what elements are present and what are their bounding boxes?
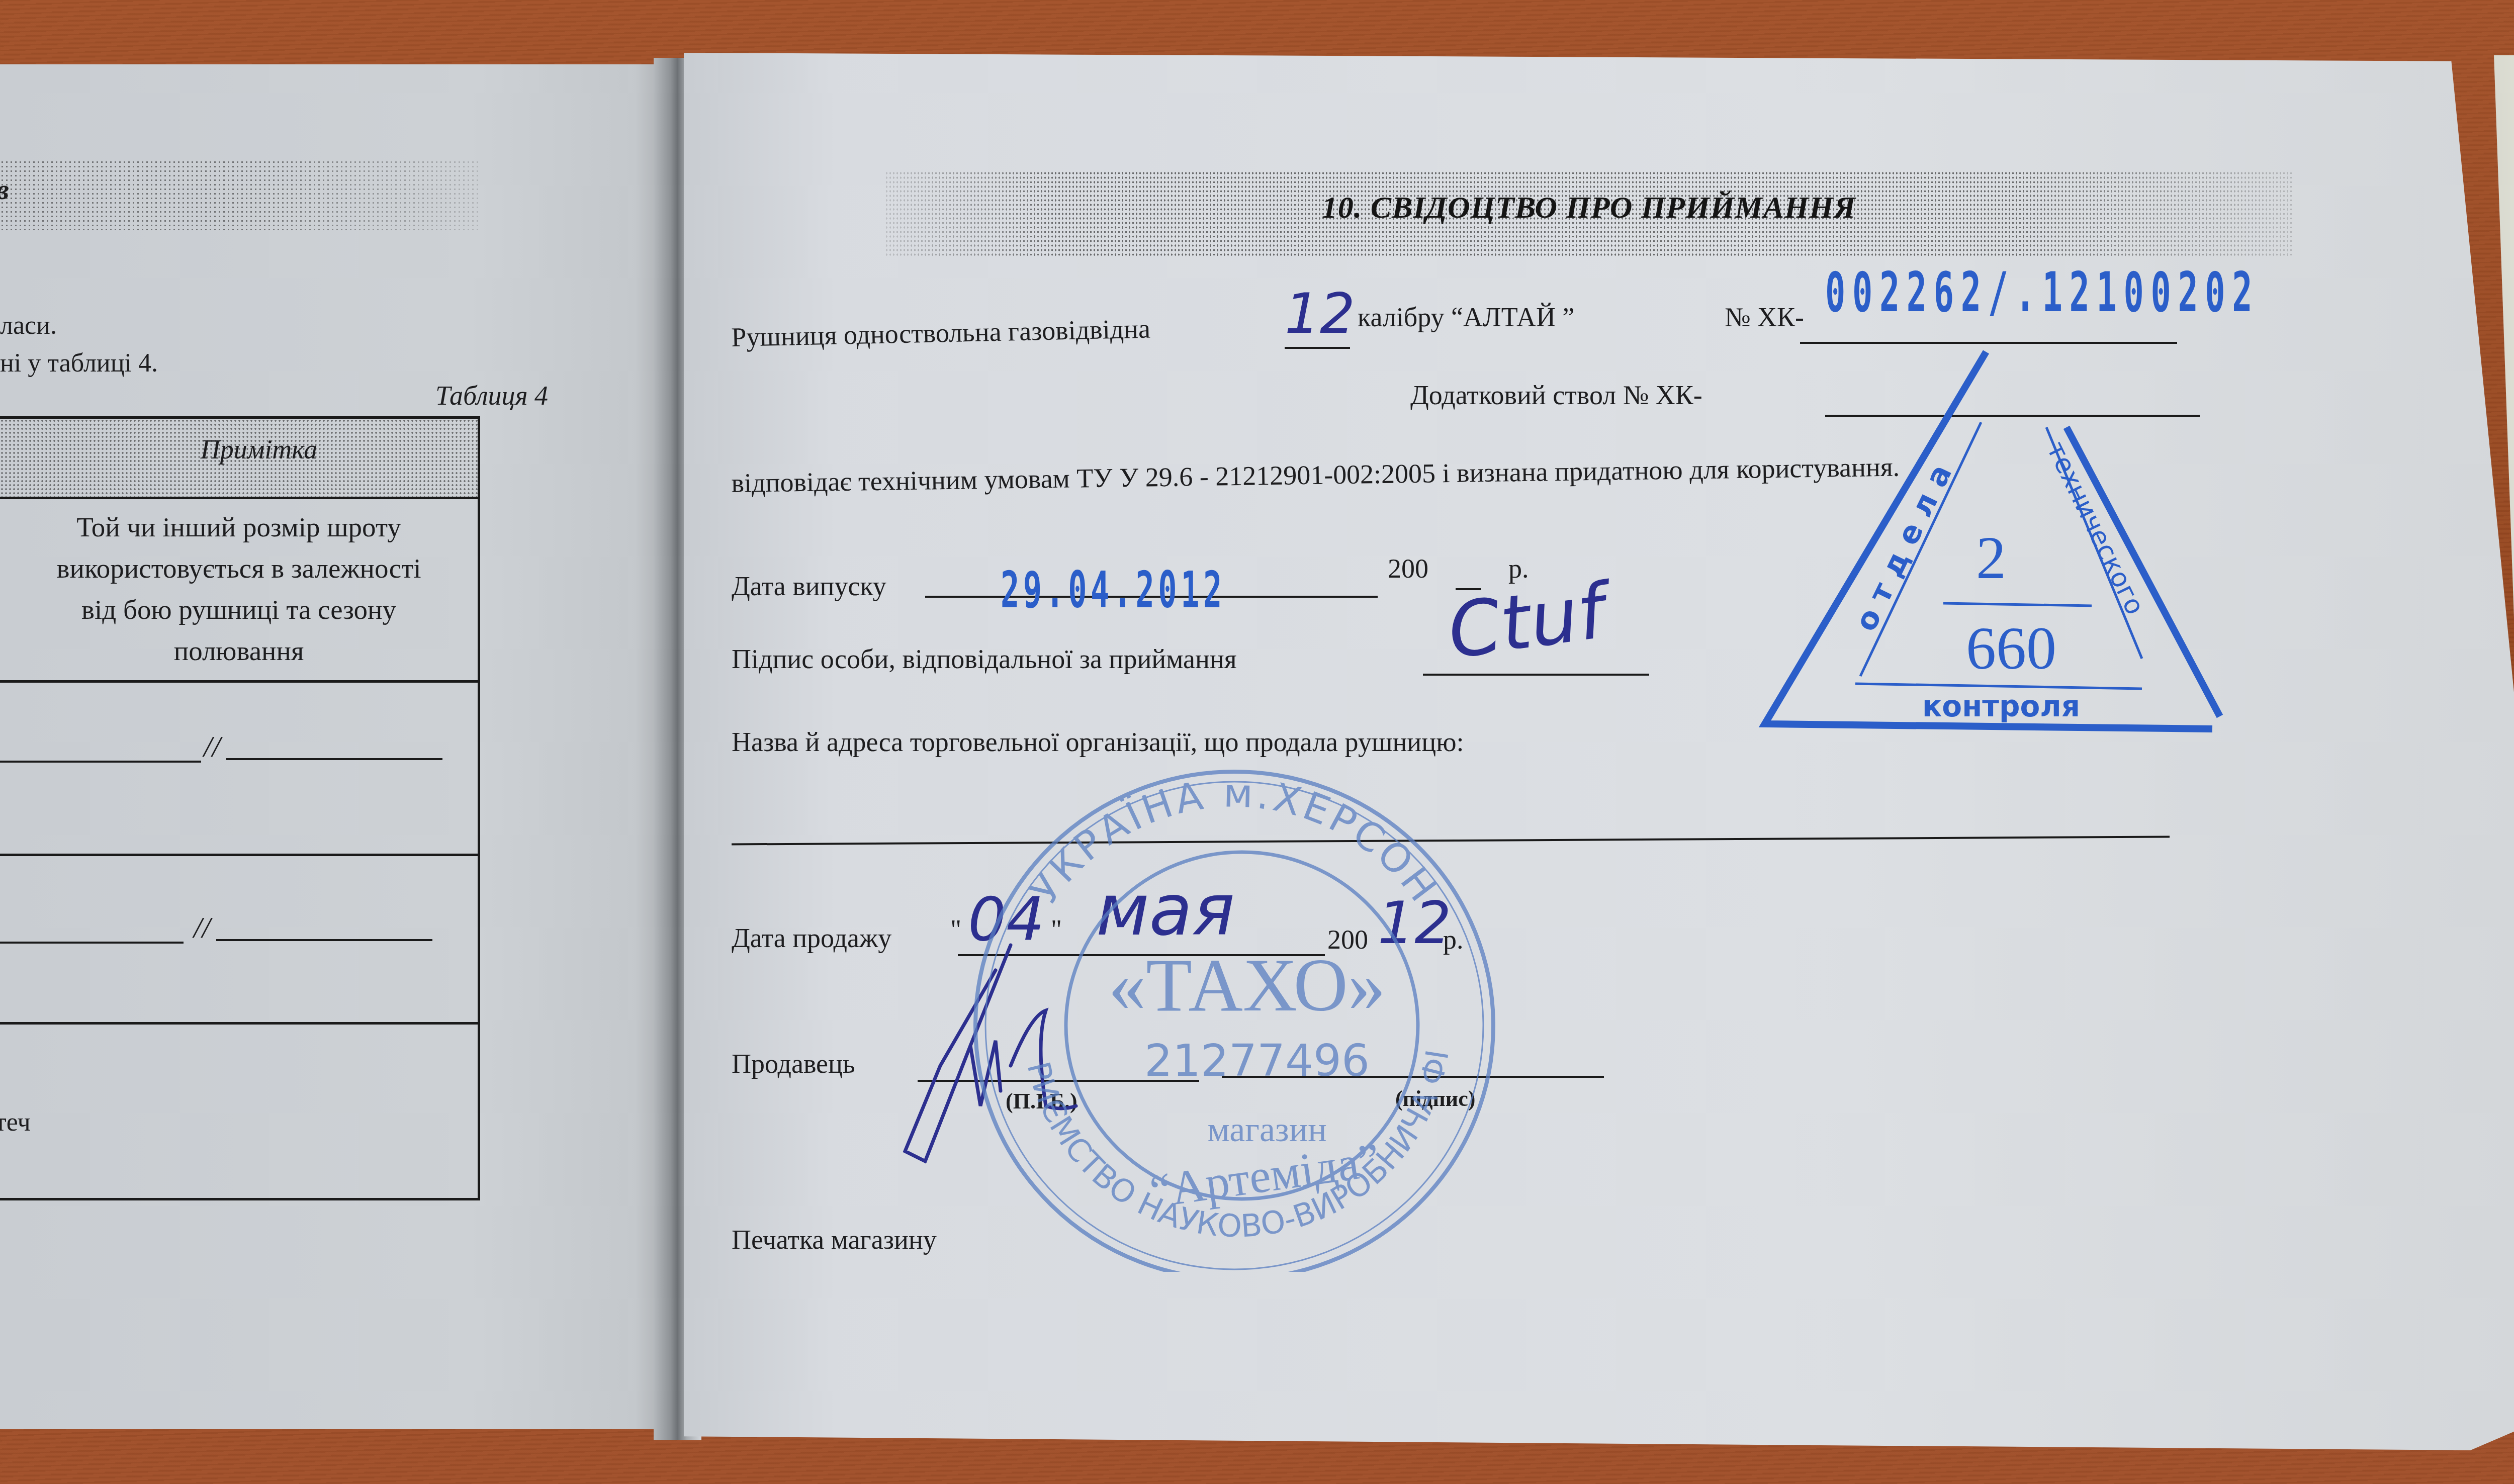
table-caption: Таблиця 4 [435, 380, 548, 411]
otk-stamp: 2 660 контроля отдела технического [1745, 342, 2227, 754]
table-separator: // [194, 910, 210, 945]
issue-year-prefix: 200 [1388, 553, 1428, 584]
section-title: 10. СВІДОЦТВО ПРО ПРИЙМАННЯ [885, 190, 2293, 226]
shop-round-stamp: УКРАЇНА м.ХЕРСОН ПІДПРИЄМСТВО НАУКОВО-ВИ… [945, 744, 1523, 1272]
table-tail-text: теч [0, 1107, 31, 1137]
table-blank-line [0, 942, 184, 944]
note-line: полювання [0, 630, 478, 672]
stamp-code: 21277496 [1144, 1035, 1370, 1086]
caliber-model-label: калібру “АЛТАЙ ” [1358, 302, 1574, 333]
table-blank-line [216, 939, 432, 941]
extra-barrel-label: Додатковий ствол № ХК- [1410, 380, 1702, 411]
section-header-left: в [0, 172, 9, 206]
otk-bottom-text: контроля [1922, 689, 2080, 723]
serial-number-stamp[interactable]: 002262/.12100202 [1825, 261, 2259, 324]
stamp-top-text: УКРАЇНА м.ХЕРСОН [1022, 771, 1447, 912]
otk-numerator: 2 [1976, 524, 2006, 591]
svg-text:УКРАЇНА м.ХЕРСОН: УКРАЇНА м.ХЕРСОН [1022, 771, 1447, 912]
acceptance-signature-label: Підпис особи, відповідальної за прийманн… [732, 643, 1237, 675]
table-header: Примітка [0, 419, 478, 499]
table-note-cell: Той чи інший розмір шроту використовуєть… [0, 507, 478, 672]
caliber-blank [1285, 347, 1350, 349]
table-divider [0, 680, 478, 683]
left-text-line-1: ласи. [0, 311, 57, 340]
issue-date-stamp: 29.04.2012 [1001, 561, 1226, 619]
table-divider [0, 854, 478, 856]
table-header-note: Примітка [201, 434, 317, 465]
sale-date-label: Дата продажу [732, 922, 891, 954]
note-line: використовується в залежності [0, 548, 478, 589]
table-4: Примітка Той чи інший розмір шроту викор… [0, 416, 480, 1200]
section-header-band-left [0, 160, 480, 230]
otk-right-text: технического [2040, 437, 2150, 619]
stamp-center-name: «ТАХО» [1108, 944, 1386, 1027]
left-page: в ласи. ні у таблиці 4. Таблиця 4 Приміт… [0, 64, 669, 1429]
issue-date-label: Дата випуску [732, 571, 886, 602]
table-separator: // [204, 729, 220, 764]
left-text-line-2: ні у таблиці 4. [0, 348, 158, 378]
seller-label: Продавець [732, 1048, 855, 1079]
otk-denominator: 660 [1966, 615, 2056, 682]
shop-stamp-label: Печатка магазину [732, 1224, 937, 1255]
table-blank-line [0, 761, 201, 763]
serial-number-label: № ХК- [1725, 302, 1804, 333]
note-line: від бою рушниці та сезону [0, 589, 478, 630]
note-line: Той чи інший розмір шроту [0, 507, 478, 548]
table-divider [0, 1022, 478, 1025]
table-blank-line [226, 758, 442, 760]
caliber-handwritten[interactable]: 12 [1285, 282, 1355, 346]
otk-left-text: отдела [1848, 449, 1964, 637]
